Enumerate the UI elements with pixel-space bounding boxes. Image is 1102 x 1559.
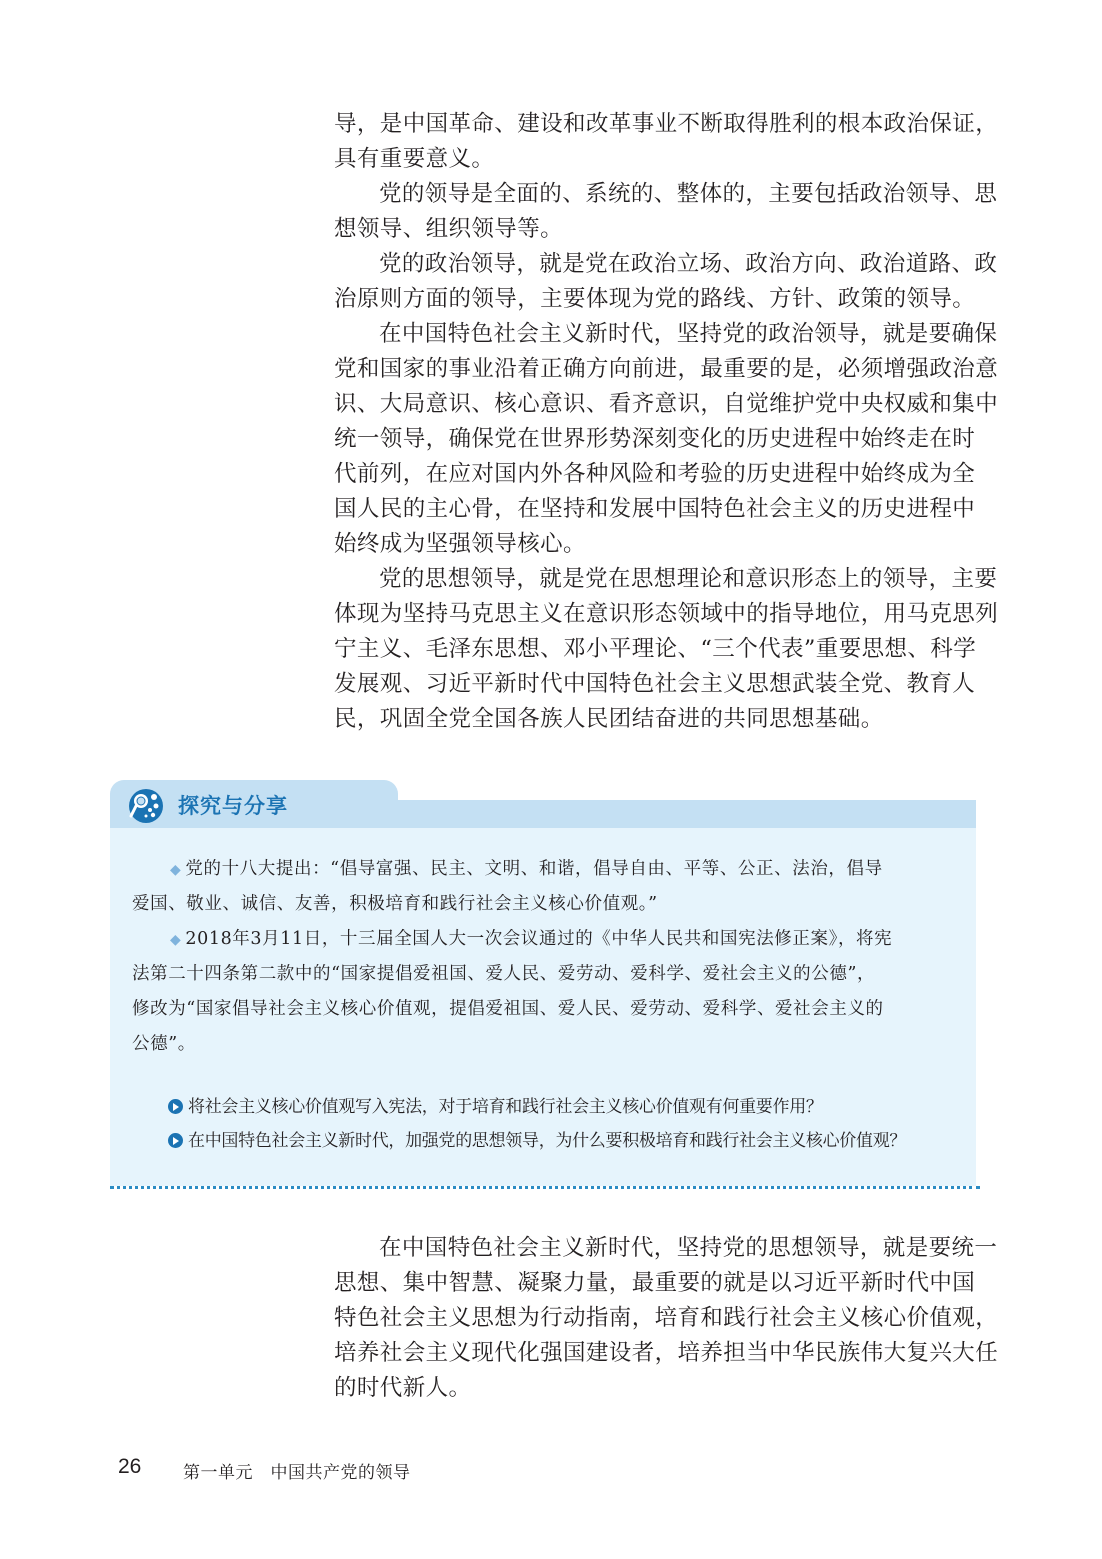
text-line: 党和国家的事业沿着正确方向前进，最重要的是，必须增强政治意: [334, 352, 978, 387]
magnifier-dots-icon: [128, 788, 164, 824]
text-line: 始终成为坚强领导核心。: [334, 527, 978, 562]
text-line: 宁主义、毛泽东思想、邓小平理论、“三个代表”重要思想、科学: [334, 632, 978, 667]
question-item: 将社会主义核心价值观写入宪法，对于培育和践行社会主义核心价值观有何重要作用？: [168, 1090, 906, 1124]
text-line: 在中国特色社会主义新时代，坚持党的思想领导，就是要统一: [334, 1231, 978, 1266]
material-line: 公德”。: [132, 1027, 962, 1062]
text-line: 党的思想领导，就是党在思想理论和意识形态上的领导，主要: [334, 562, 978, 597]
text-line: 治原则方面的领导，主要体现为党的路线、方针、政策的领导。: [334, 282, 978, 317]
text-line: 代前列，在应对国内外各种风险和考验的历史进程中始终成为全: [334, 457, 978, 492]
text-line: 国人民的主心骨，在坚持和发展中国特色社会主义的历史进程中: [334, 492, 978, 527]
material-line: 爱国、敬业、诚信、友善，积极培育和践行社会主义核心价值观。”: [132, 887, 962, 922]
arrow-bullet-icon: [168, 1133, 183, 1148]
text-line: 具有重要意义。: [334, 142, 978, 177]
dotted-divider: [110, 1186, 980, 1189]
material-line: 法第二十四条第二款中的“国家提倡爱祖国、爱人民、爱劳动、爱科学、爱社会主义的公德…: [132, 957, 962, 992]
text-line: 培养社会主义现代化强国建设者，培养担当中华民族伟大复兴大任: [334, 1336, 978, 1371]
material-line: ◆2018年3月11日，十三届全国人大一次会议通过的《中华人民共和国宪法修正案》…: [132, 922, 962, 957]
text-line: 的时代新人。: [334, 1371, 978, 1406]
text-line: 民，巩固全党全国各族人民团结奋进的共同思想基础。: [334, 702, 978, 737]
material-line: 修改为“国家倡导社会主义核心价值观，提倡爱祖国、爱人民、爱劳动、爱科学、爱社会主…: [132, 992, 962, 1027]
explore-share-box: 探究与分享 ◆党的十八大提出：“倡导富强、民主、文明、和谐，倡导自由、平等、公正…: [110, 780, 976, 1190]
box-title: 探究与分享: [178, 790, 288, 820]
body-text-bottom: 在中国特色社会主义新时代，坚持党的思想领导，就是要统一 思想、集中智慧、凝聚力量…: [334, 1231, 978, 1406]
text-line: 导，是中国革命、建设和改革事业不断取得胜利的根本政治保证，: [334, 107, 978, 142]
text-line: 在中国特色社会主义新时代，坚持党的政治领导，就是要确保: [334, 317, 978, 352]
arrow-bullet-icon: [168, 1099, 183, 1114]
body-text-top: 导，是中国革命、建设和改革事业不断取得胜利的根本政治保证， 具有重要意义。 党的…: [334, 107, 978, 737]
running-title: 第一单元 中国共产党的领导: [183, 1458, 411, 1483]
text-line: 特色社会主义思想为行动指南，培育和践行社会主义核心价值观，: [334, 1301, 978, 1336]
text-line: 识、大局意识、核心意识、看齐意识，自觉维护党中央权威和集中: [334, 387, 978, 422]
diamond-bullet-icon: ◆: [170, 932, 181, 948]
text-line: 党的领导是全面的、系统的、整体的，主要包括政治领导、思: [334, 177, 978, 212]
text-line: 想领导、组织领导等。: [334, 212, 978, 247]
text-line: 党的政治领导，就是党在政治立场、政治方向、政治道路、政: [334, 247, 978, 282]
question-item: 在中国特色社会主义新时代，加强党的思想领导，为什么要积极培育和践行社会主义核心价…: [168, 1124, 906, 1158]
diamond-bullet-icon: ◆: [170, 862, 181, 878]
text-line: 体现为坚持马克思主义在意识形态领域中的指导地位，用马克思列: [334, 597, 978, 632]
text-line: 思想、集中智慧、凝聚力量，最重要的就是以习近平新时代中国: [334, 1266, 978, 1301]
page-number: 26: [118, 1455, 141, 1479]
material-line: ◆党的十八大提出：“倡导富强、民主、文明、和谐，倡导自由、平等、公正、法治，倡导: [132, 852, 962, 887]
text-line: 发展观、习近平新时代中国特色社会主义思想武装全党、教育人: [334, 667, 978, 702]
material-text: ◆党的十八大提出：“倡导富强、民主、文明、和谐，倡导自由、平等、公正、法治，倡导…: [132, 852, 962, 1062]
question-list: 将社会主义核心价值观写入宪法，对于培育和践行社会主义核心价值观有何重要作用？ 在…: [168, 1090, 906, 1158]
text-line: 统一领导，确保党在世界形势深刻变化的历史进程中始终走在时: [334, 422, 978, 457]
